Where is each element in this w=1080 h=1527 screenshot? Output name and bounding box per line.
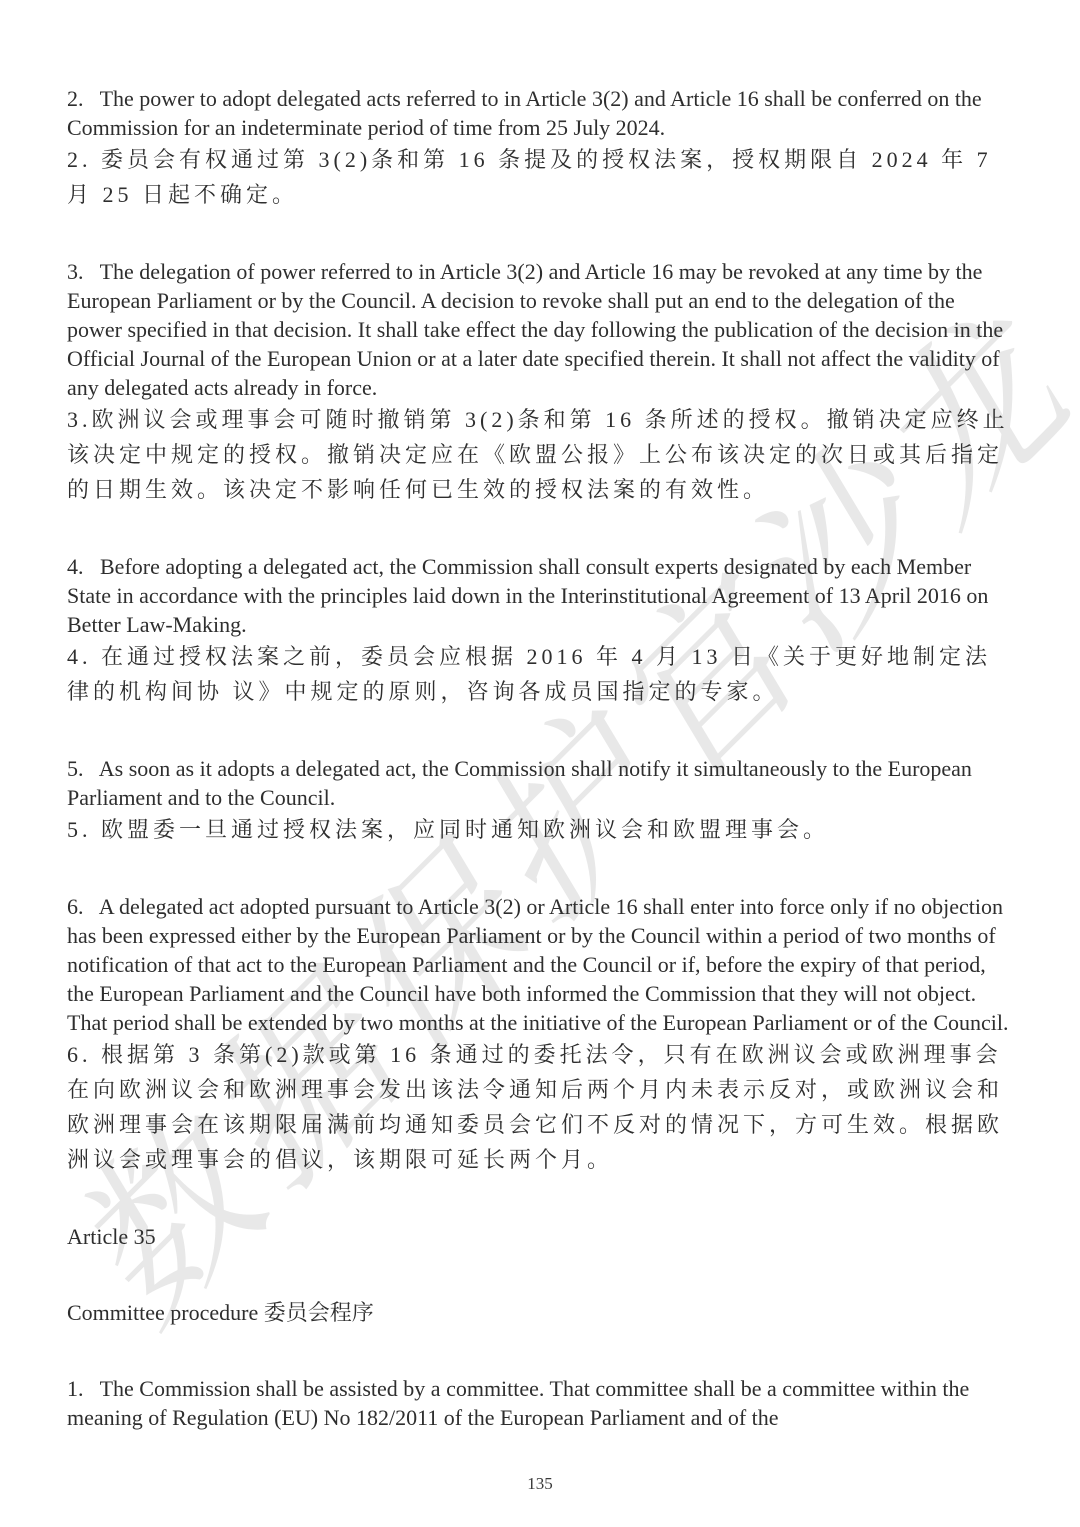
page-footer: 135 bbox=[0, 1474, 1080, 1494]
paragraph-6-english: 6. A delegated act adopted pursuant to A… bbox=[67, 892, 1015, 1037]
paragraph-4-chinese: 4. 在通过授权法案之前，委员会应根据 2016 年 4 月 13 日《关于更好… bbox=[67, 639, 1015, 709]
page-number: 135 bbox=[527, 1474, 553, 1493]
paragraph-6-chinese: 6. 根据第 3 条第(2)款或第 16 条通过的委托法令，只有在欧洲议会或欧洲… bbox=[67, 1037, 1015, 1177]
article-35-heading: Article 35 bbox=[67, 1222, 1015, 1251]
paragraph-3: 3. The delegation of power referred to i… bbox=[67, 257, 1015, 507]
paragraph-2-english: 2. The power to adopt delegated acts ref… bbox=[67, 84, 1015, 142]
paragraph-4-english: 4. Before adopting a delegated act, the … bbox=[67, 552, 1015, 639]
paragraph-4: 4. Before adopting a delegated act, the … bbox=[67, 552, 1015, 709]
paragraph-2: 2. The power to adopt delegated acts ref… bbox=[67, 84, 1015, 212]
committee-procedure-heading: Committee procedure 委员会程序 bbox=[67, 1298, 1015, 1327]
paragraph-2-chinese: 2. 委员会有权通过第 3(2)条和第 16 条提及的授权法案，授权期限自 20… bbox=[67, 142, 1015, 212]
document-page: 数据保护官沙龙 2. The power to adopt delegated … bbox=[0, 0, 1080, 1527]
paragraph-3-chinese: 3.欧洲议会或理事会可随时撤销第 3(2)条和第 16 条所述的授权。撤销决定应… bbox=[67, 402, 1015, 507]
paragraph-3-english: 3. The delegation of power referred to i… bbox=[67, 257, 1015, 402]
paragraph-5-english: 5. As soon as it adopts a delegated act,… bbox=[67, 754, 1015, 812]
paragraph-5-chinese: 5. 欧盟委一旦通过授权法案，应同时通知欧洲议会和欧盟理事会。 bbox=[67, 812, 1015, 847]
paragraph-6: 6. A delegated act adopted pursuant to A… bbox=[67, 892, 1015, 1177]
paragraph-5: 5. As soon as it adopts a delegated act,… bbox=[67, 754, 1015, 847]
document-content: 2. The power to adopt delegated acts ref… bbox=[67, 84, 1015, 1477]
paragraph-1: 1. The Commission shall be assisted by a… bbox=[67, 1374, 1015, 1432]
paragraph-1-english: 1. The Commission shall be assisted by a… bbox=[67, 1374, 1015, 1432]
